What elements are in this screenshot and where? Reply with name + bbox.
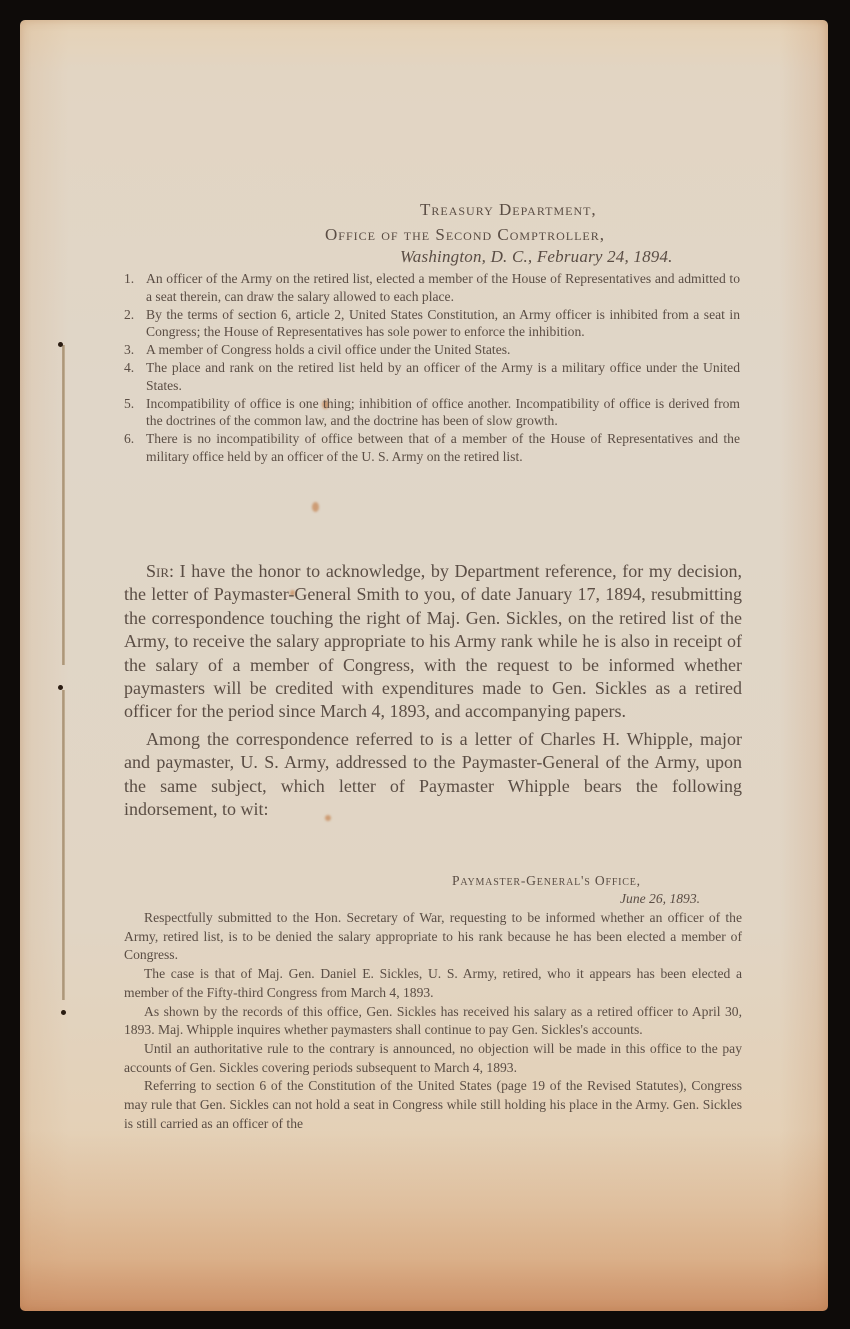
syllabus-item: 6.There is no incompatibility of office … xyxy=(124,430,740,466)
header-place-date: Washington, D. C., February 24, 1894. xyxy=(400,247,673,267)
pinhole xyxy=(58,685,63,690)
indorsement-office: Paymaster-General's Office, xyxy=(452,873,641,889)
indorsement-body: Respectfully submitted to the Hon. Secre… xyxy=(124,909,742,1133)
syllabus-item: 1.An officer of the Army on the retired … xyxy=(124,270,740,306)
header-department: Treasury Department, xyxy=(420,200,597,220)
header-office: Office of the Second Comptroller, xyxy=(325,225,605,245)
pinhole xyxy=(58,342,63,347)
syllabus-item: 3.A member of Congress holds a civil off… xyxy=(124,341,740,359)
fold-crease xyxy=(62,345,65,665)
paragraph: Until an authoritative rule to the contr… xyxy=(124,1040,742,1077)
indorsement-date: June 26, 1893. xyxy=(620,891,700,907)
foxing-stain xyxy=(312,502,319,512)
paragraph: As shown by the records of this office, … xyxy=(124,1003,742,1040)
syllabus-item: 4.The place and rank on the retired list… xyxy=(124,359,740,395)
paragraph: Respectfully submitted to the Hon. Secre… xyxy=(124,909,742,965)
salutation: Sir: xyxy=(146,561,174,581)
paragraph: Referring to section 6 of the Constituti… xyxy=(124,1077,742,1133)
syllabus-item: 2.By the terms of section 6, article 2, … xyxy=(124,306,740,342)
paragraph: Among the correspondence referred to is … xyxy=(124,728,742,822)
letter-body: Sir: I have the honor to acknowledge, by… xyxy=(124,560,742,821)
syllabus-list: 1.An officer of the Army on the retired … xyxy=(124,270,740,466)
pinhole xyxy=(61,1010,66,1015)
paragraph: Sir: I have the honor to acknowledge, by… xyxy=(124,560,742,724)
paragraph: The case is that of Maj. Gen. Daniel E. … xyxy=(124,965,742,1002)
syllabus-item: 5.Incompatibility of office is one thing… xyxy=(124,395,740,431)
fold-crease xyxy=(62,690,65,1000)
